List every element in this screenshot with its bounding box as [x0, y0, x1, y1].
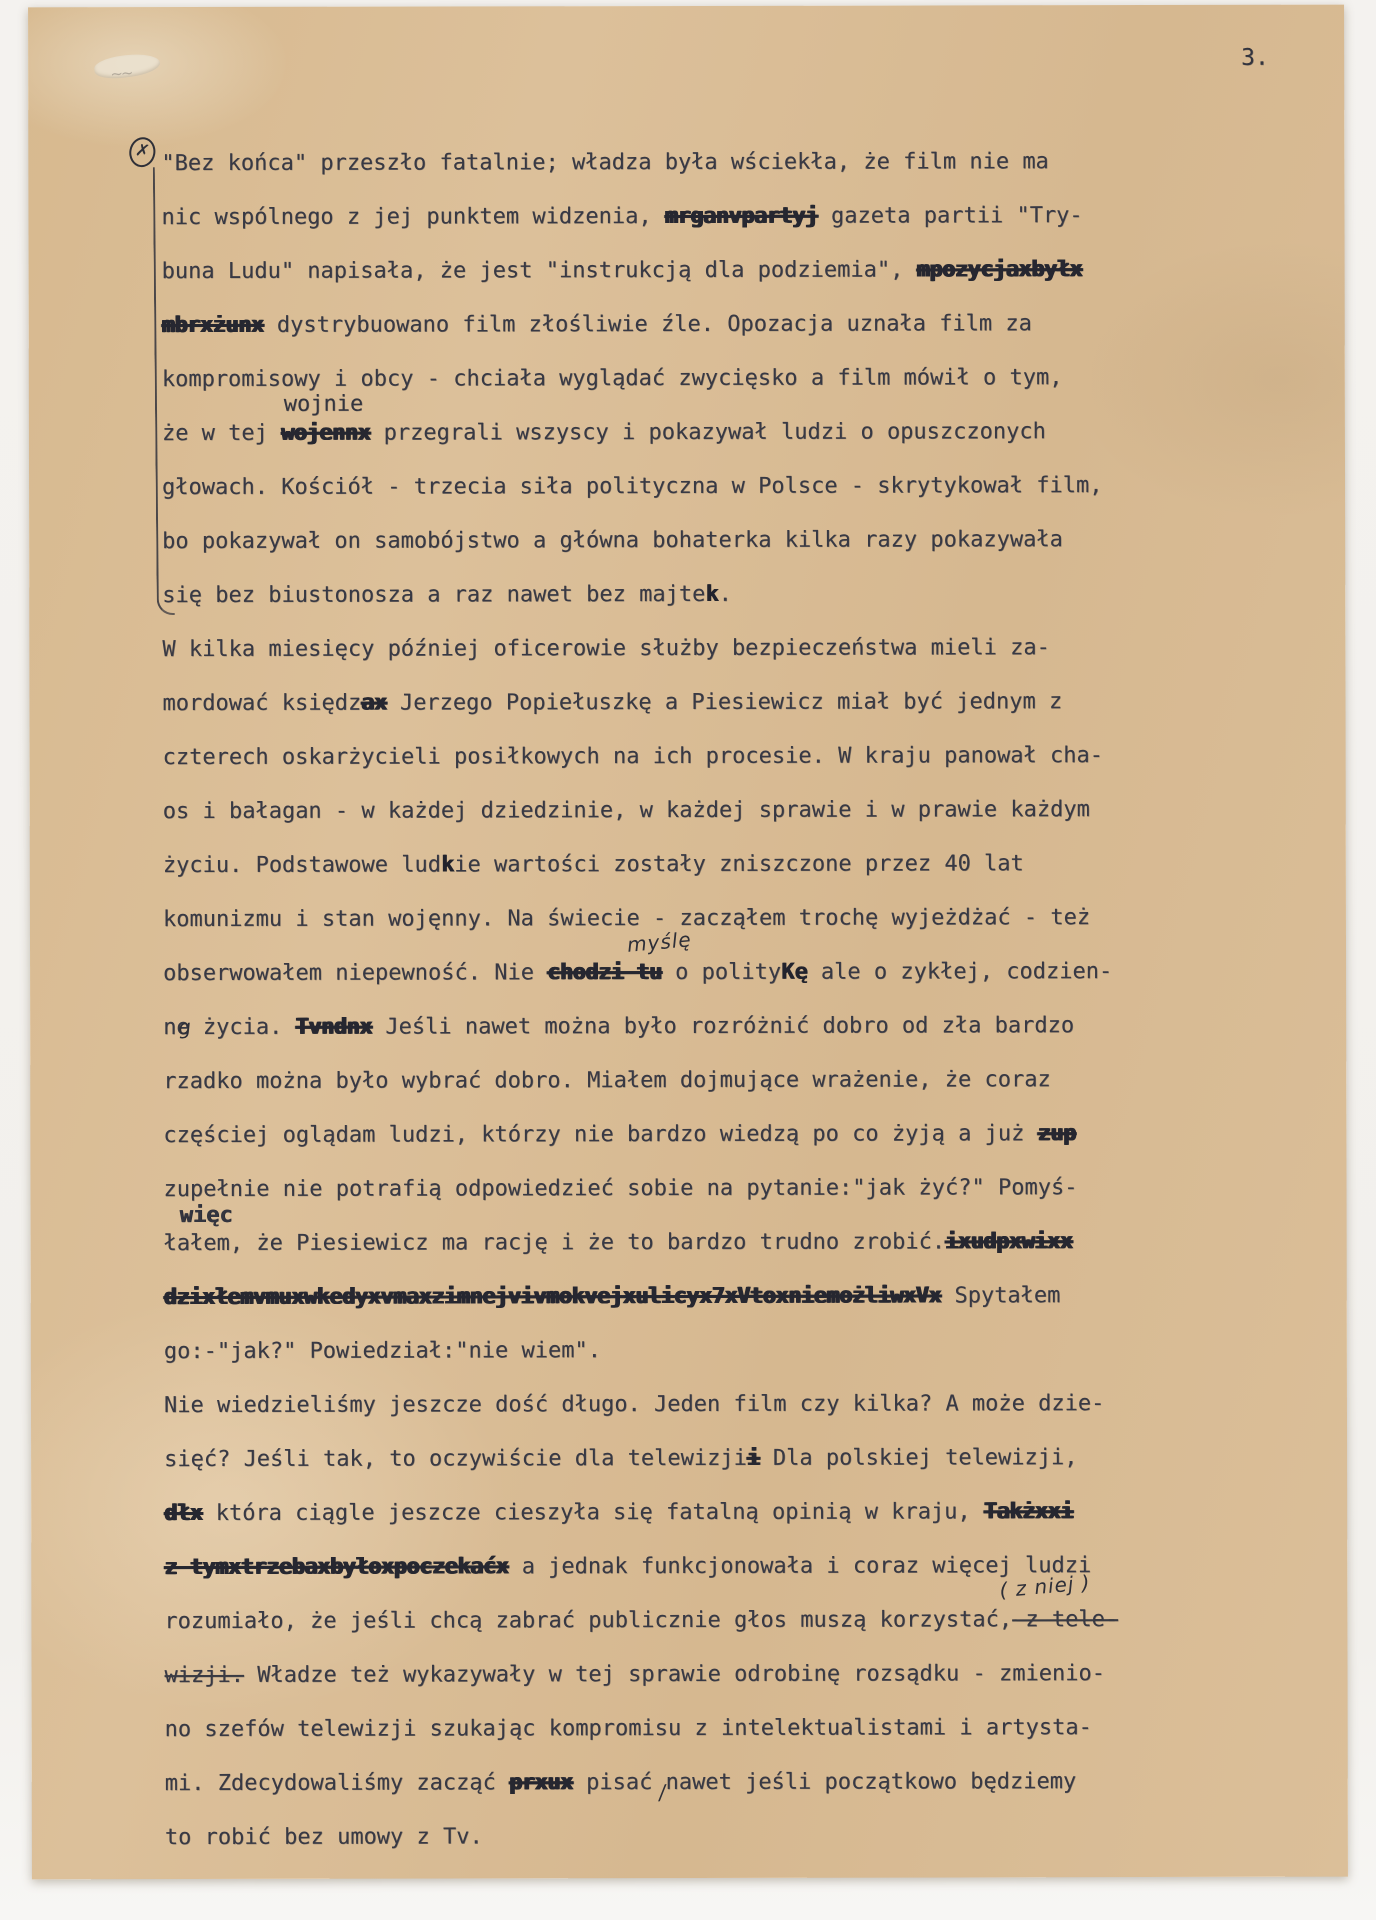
typed-line: obserwowałem niepewność. Nie chodzi tu o… [163, 957, 1112, 991]
text-segment: głowach. Kościół - trzecia siła politycz… [162, 473, 1102, 500]
typed-line: W kilka miesięcy później oficerowie służ… [162, 633, 1050, 667]
typed-line: łałem, że Piesiewicz ma rację i że to ba… [164, 1227, 1073, 1261]
text-segment: dystrybuowano film złośliwie źle. Opozac… [264, 311, 1032, 338]
text-segment: pisać nawet jeśli początkowo będziemy [573, 1769, 1076, 1795]
overtyped-text: k [705, 582, 718, 607]
text-segment: Nie wiedzieliśmy jeszcze dość długo. Jed… [164, 1391, 1104, 1418]
struck-text: Tvndnx [296, 1015, 373, 1040]
text-block: "Bez końca" przeszło fatalnie; władza by… [28, 5, 1344, 8]
text-segment: . [719, 582, 732, 607]
text-segment: życiu. Podstawowe lud [163, 853, 441, 879]
typed-line: bo pokazywał on samobójstwo a główna boh… [162, 525, 1063, 559]
struck-text: dzixłemvmuxwkedyxvmaxzimnejvivmokvejxuli… [164, 1283, 942, 1310]
text-segment: go:-"jak?" Powiedział:"nie wiem". [164, 1338, 601, 1364]
hand-struck-text: wizji. [165, 1663, 245, 1688]
text-segment: ie wartości zostały zniszczone przez 40 … [454, 851, 1024, 877]
typed-line: to robić bez umowy z Tv. [165, 1822, 483, 1855]
text-segment: os i bałagan - w każdej dziedzinie, w ka… [163, 797, 1090, 824]
typed-line: głowach. Kościół - trzecia siła politycz… [162, 471, 1102, 505]
typed-line: dzixłemvmuxwkedyxvmaxzimnejvivmokvejxuli… [164, 1281, 1061, 1315]
struck-text: mpozycjaxbyłx [917, 257, 1083, 282]
typed-line: ne życia. Tvndnx Jeśli nawet można było … [163, 1011, 1074, 1045]
struck-text: ixudpxwixx [945, 1229, 1073, 1254]
typed-insertion: wojnie [284, 392, 364, 417]
text-segment: łałem, że Piesiewicz ma rację i że to ba… [164, 1229, 946, 1256]
overtyped-text: k [441, 852, 454, 877]
struck-text: dłx [164, 1501, 202, 1526]
typed-line: Nie wiedzieliśmy jeszcze dość długo. Jed… [164, 1389, 1104, 1423]
text-segment: no szefów telewizji szukając kompromisu … [165, 1715, 1092, 1742]
struck-text: i [747, 1446, 760, 1471]
struck-text: chodzi tu [547, 960, 662, 985]
text-segment: to robić bez umowy z Tv. [165, 1824, 483, 1850]
hand-struck-text: z tele- [1012, 1607, 1118, 1632]
scan-background: ~~ 3. "Bez końca" przeszło fatalnie; wła… [0, 0, 1376, 1920]
typed-line: czterech oskarżycieli posiłkowych na ich… [163, 741, 1103, 775]
typed-line: życiu. Podstawowe ludkie wartości został… [163, 849, 1024, 883]
typed-line: częściej oglądam ludzi, którzy nie bardz… [163, 1119, 1076, 1153]
text-segment: mi. Zdecydowaliśmy zacząć [165, 1770, 509, 1796]
text-segment: nic wspólnego z jej punktem widzenia, [161, 204, 664, 230]
typed-line: rozumiało, że jeśli chcą zabrać publiczn… [164, 1605, 1118, 1639]
text-segment: W kilka miesięcy później oficerowie służ… [162, 635, 1049, 662]
typed-line: dłx która ciągle jeszcze cieszyła się fa… [164, 1497, 1073, 1531]
page-number: 3. [1241, 45, 1269, 71]
struck-text: ax [361, 691, 387, 716]
text-segment: że w tej [162, 421, 281, 446]
struck-text: Takżxxi [984, 1499, 1073, 1524]
typed-line: się bez biustonosza a raz nawet bez majt… [162, 580, 732, 613]
text-segment: gazeta partii "Try- [818, 203, 1083, 229]
paper-sheet: ~~ 3. "Bez końca" przeszło fatalnie; wła… [28, 5, 1348, 1880]
text-segment: Dla polskiej telewizji, [760, 1445, 1078, 1471]
text-segment: ale o zykłej, codzien- [808, 959, 1113, 985]
typed-line: że w tej wojennx przegrali wszyscy i pok… [162, 417, 1046, 451]
typed-line: wizji. Władze też wykazywały w tej spraw… [165, 1659, 1105, 1693]
typed-line: sięć? Jeśli tak, to oczywiście dla telew… [164, 1443, 1078, 1477]
text-segment: a jednak funkcjonowała i coraz więcej lu… [508, 1553, 1091, 1579]
overtyped-text: Kę [781, 960, 808, 985]
text-segment: "Bez końca" przeszło fatalnie; władza by… [161, 149, 1048, 176]
text-segment: która ciągle jeszcze cieszyła się fataln… [202, 1499, 984, 1526]
typed-line: os i bałagan - w każdej dziedzinie, w ka… [163, 795, 1090, 829]
typed-line: buna Ludu" napisała, że jest "instrukcją… [162, 255, 1083, 289]
text-segment: częściej oglądam ludzi, którzy nie bardz… [163, 1121, 1037, 1148]
pencil-smudge: ~~ [110, 61, 171, 79]
text-segment: mordować księdz [162, 691, 361, 716]
text-segment: buna Ludu" napisała, że jest "instrukcją… [162, 258, 917, 285]
text-segment: Władze też wykazywały w tej sprawie odro… [244, 1661, 1105, 1688]
text-segment: rzadko można było wybrać dobro. Miałem d… [163, 1067, 1050, 1094]
struck-text: prxux [509, 1770, 573, 1795]
text-segment: komunizmu i stan wojęnny. Na świecie - z… [163, 905, 1090, 932]
typed-line: go:-"jak?" Powiedział:"nie wiem". [164, 1336, 601, 1369]
handwritten-annotation: myślę [626, 927, 692, 957]
struck-text: zup [1038, 1121, 1076, 1146]
text-segment: bo pokazywał on samobójstwo a główna boh… [162, 527, 1063, 554]
text-segment: Jerzego Popiełuszkę a Piesiewicz miał by… [387, 689, 1063, 715]
text-segment: przegrali wszyscy i pokazywał ludzi o op… [370, 419, 1046, 445]
struck-text: z tymxtrzebaxbyłoxpoczekaćx [164, 1554, 508, 1580]
typed-line: nic wspólnego z jej punktem widzenia, mr… [161, 201, 1082, 235]
text-segment: Jeśli nawet można było rozróżnić dobro o… [372, 1013, 1074, 1039]
text-segment: się bez biustonosza a raz nawet bez majt… [162, 582, 705, 608]
text-segment: Spytałem [941, 1283, 1060, 1308]
circled-x-mark: ✗ [127, 135, 158, 169]
typed-line: rzadko można było wybrać dobro. Miałem d… [163, 1065, 1051, 1099]
struck-text: mrganvpartyj [665, 204, 818, 229]
typed-line: mi. Zdecydowaliśmy zacząć prxux pisać na… [165, 1767, 1077, 1801]
typed-line: z tymxtrzebaxbyłoxpoczekaćx a jednak fun… [164, 1551, 1091, 1585]
text-segment: czterech oskarżycieli posiłkowych na ich… [163, 743, 1103, 770]
typed-line: mordować księdzax Jerzego Popiełuszkę a … [162, 687, 1062, 721]
typed-line: "Bez końca" przeszło fatalnie; władza by… [161, 147, 1049, 181]
struck-text: mbrxżunx [162, 313, 264, 338]
text-segment: zupełnie nie potrafią odpowiedzieć sobie… [163, 1175, 1077, 1202]
text-segment: sięć? Jeśli tak, to oczywiście dla telew… [164, 1446, 747, 1472]
struck-text: wojennx [281, 421, 370, 446]
typed-line: zupełnie nie potrafią odpowiedzieć sobie… [163, 1173, 1077, 1207]
text-segment: rozumiało, że jeśli chcą zabrać publiczn… [164, 1607, 1012, 1634]
typed-line: mbrxżunx dystrybuowano film złośliwie źl… [162, 309, 1032, 343]
text-segment: obserwowałem niepewność. Nie [163, 960, 547, 986]
text-segment: kompromisowy i obcy - chciała wyglądać z… [162, 365, 1063, 392]
text-segment: o polity [662, 960, 781, 985]
handwritten-annotation: g [177, 1014, 193, 1039]
typed-insertion: więc [179, 1203, 232, 1228]
typed-line: no szefów telewizji szukając kompromisu … [165, 1713, 1092, 1747]
